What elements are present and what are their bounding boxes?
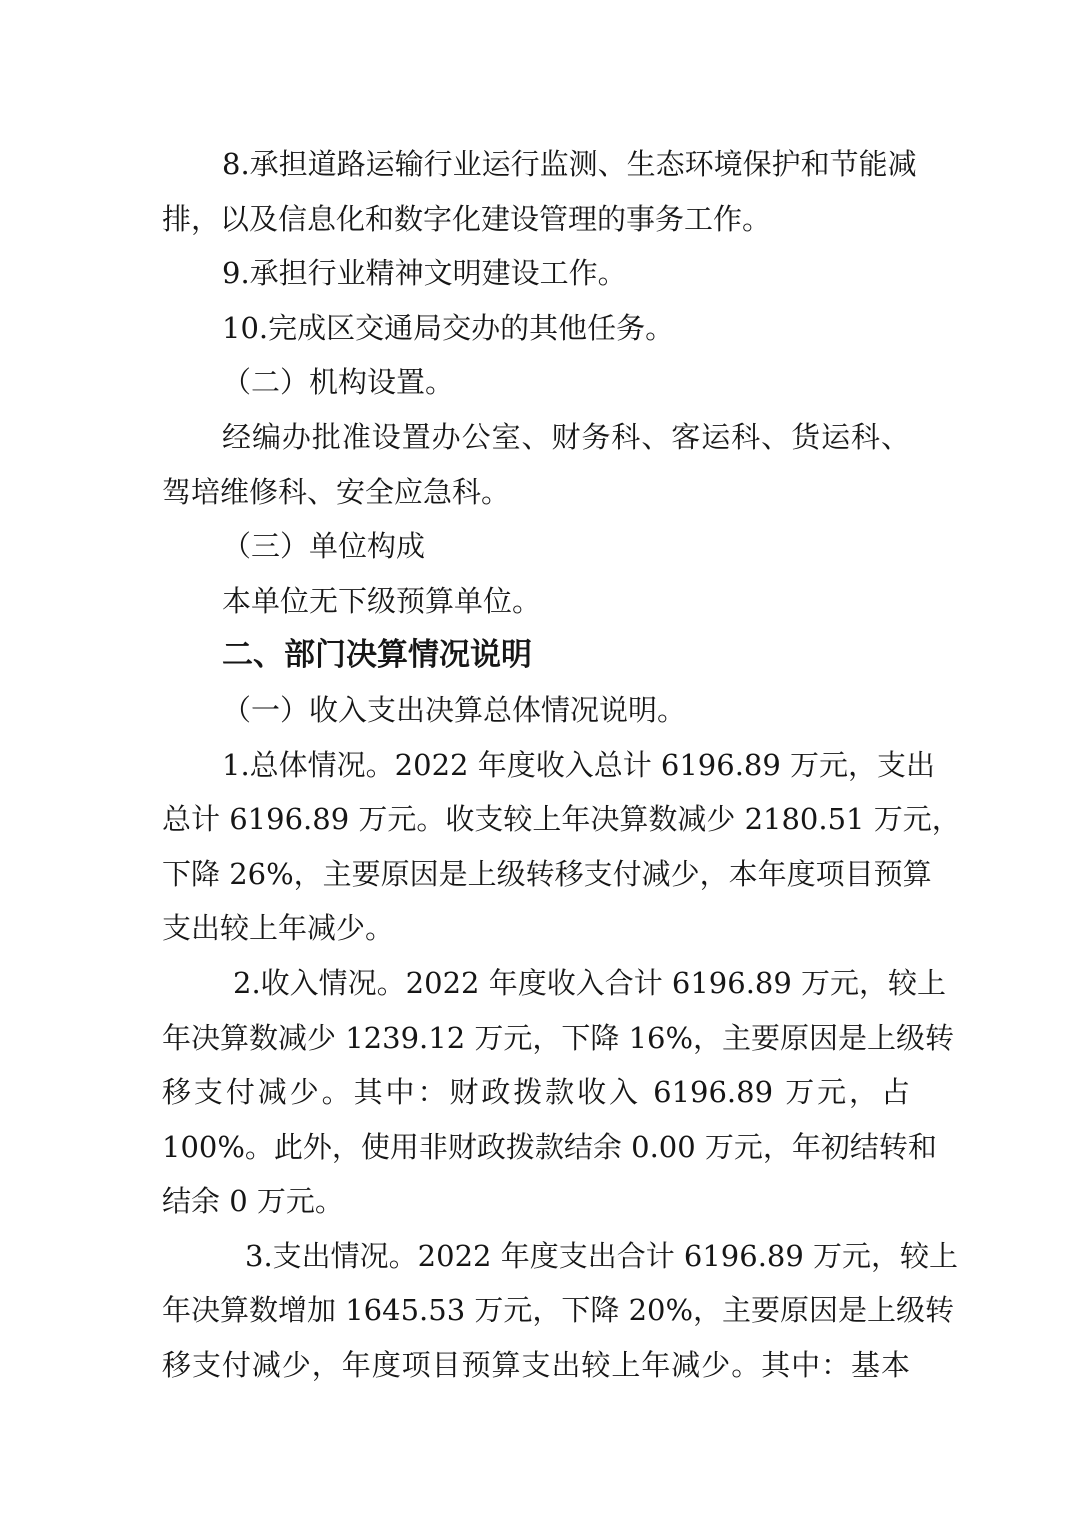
text-line: 年决算数减少 1239.12 万元，下降 16%，主要原因是上级转 [162,1011,910,1066]
text-line: 年决算数增加 1645.53 万元，下降 20%，主要原因是上级转 [162,1283,910,1338]
section-heading: 二、部门决算情况说明 [162,628,910,683]
document-page: 8.承担道路运输行业运行监测、生态环境保护和节能减 排，以及信息化和数字化建设管… [0,0,1075,1521]
text-line: 100%。此外，使用非财政拨款结余 0.00 万元，年初结转和 [162,1120,910,1175]
text-line: 总计 6196.89 万元。收支较上年决算数减少 2180.51 万元， [162,792,910,847]
subsection-heading: （二）机构设置。 [162,355,910,410]
text-line: 3.支出情况。2022 年度支出合计 6196.89 万元，较上 [162,1229,910,1284]
subsection-heading: （一）收入支出决算总体情况说明。 [162,683,910,738]
text-line: 本单位无下级预算单位。 [162,574,910,629]
text-line: 下降 26%，主要原因是上级转移支付减少，本年度项目预算 [162,847,910,902]
text-line: 8.承担道路运输行业运行监测、生态环境保护和节能减 [162,137,910,192]
text-line: 1.总体情况。2022 年度收入总计 6196.89 万元，支出 [162,738,910,793]
text-line: 结余 0 万元。 [162,1174,910,1229]
subsection-heading: （三）单位构成 [162,519,910,574]
text-line: 移支付减少。其中：财政拨款收入 6196.89 万元，占 [162,1065,910,1120]
text-line: 排，以及信息化和数字化建设管理的事务工作。 [162,192,910,247]
text-line: 10.完成区交通局交办的其他任务。 [162,301,910,356]
text-line: 经编办批准设置办公室、财务科、客运科、货运科、 [162,410,910,465]
text-line: 移支付减少，年度项目预算支出较上年减少。其中：基本 [162,1338,910,1393]
text-line: 2.收入情况。2022 年度收入合计 6196.89 万元，较上 [162,956,910,1011]
document-body: 8.承担道路运输行业运行监测、生态环境保护和节能减 排，以及信息化和数字化建设管… [162,137,910,1393]
text-line: 9.承担行业精神文明建设工作。 [162,246,910,301]
text-line: 驾培维修科、安全应急科。 [162,465,910,520]
text-line: 支出较上年减少。 [162,901,910,956]
